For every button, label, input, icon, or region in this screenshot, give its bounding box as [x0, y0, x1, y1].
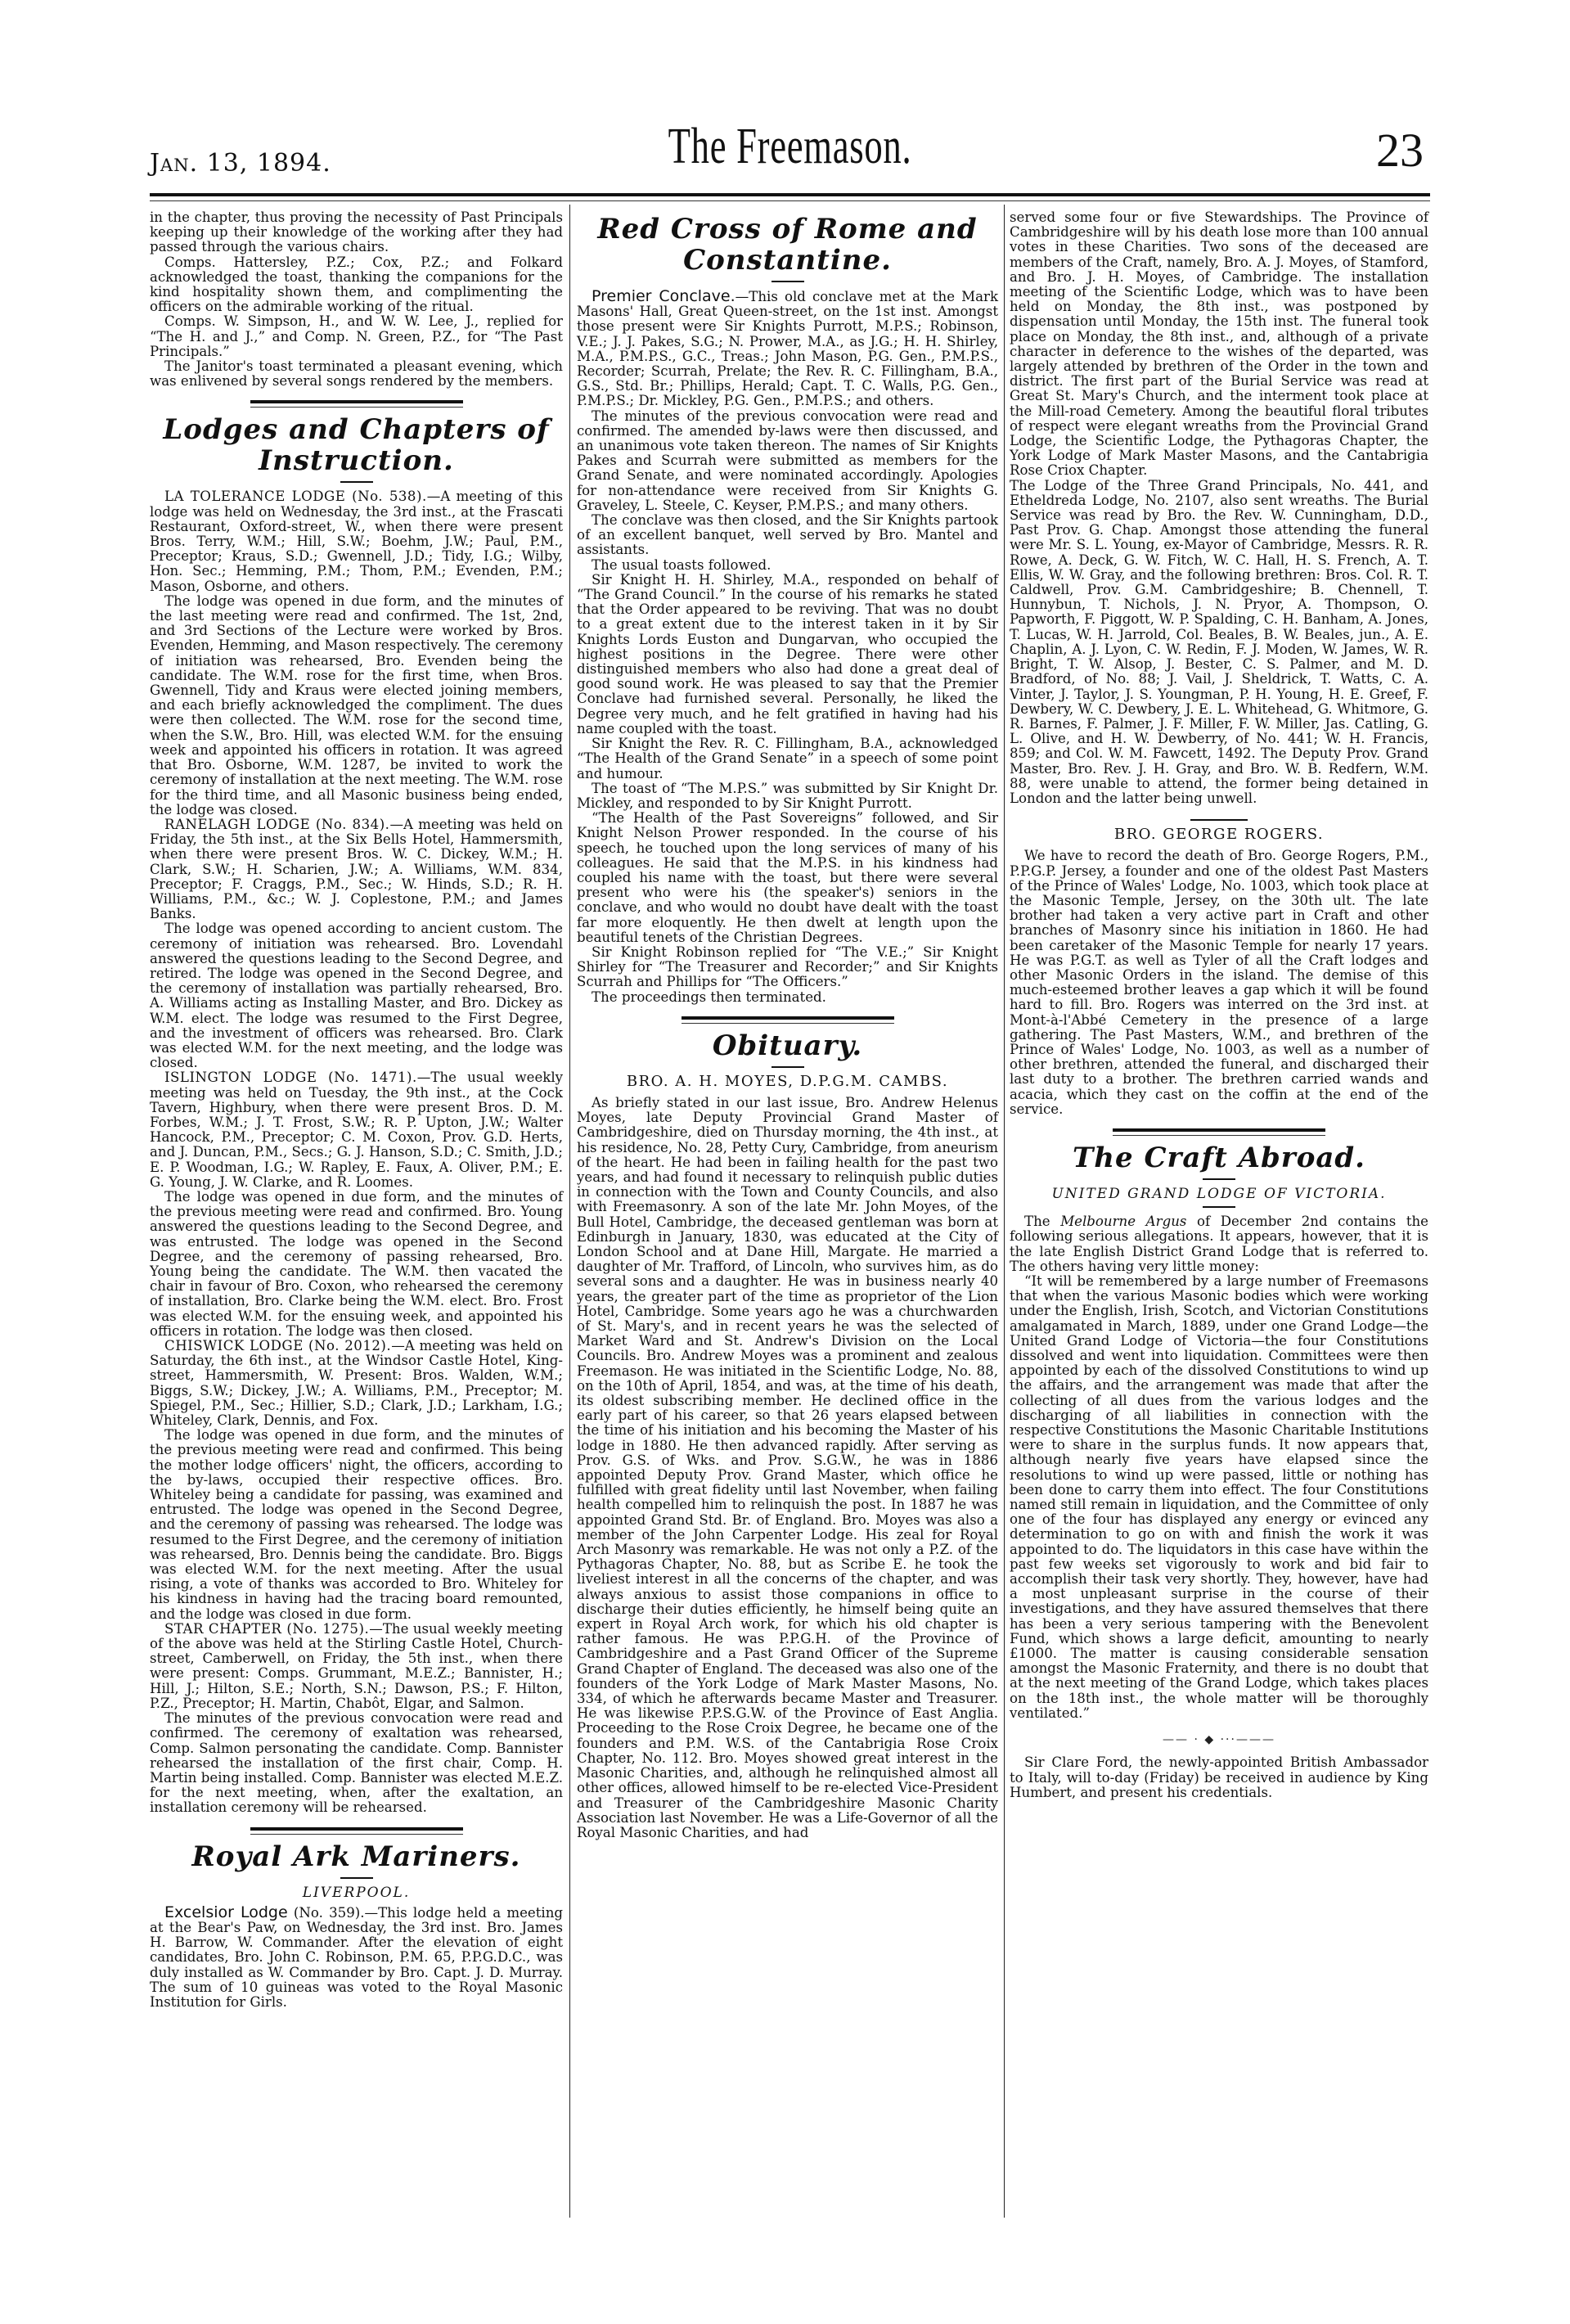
lodge-name: CHISWICK LODGE (No. 2012).	[164, 1338, 391, 1353]
column-divider-2	[1004, 205, 1005, 2218]
lodge-name: Excelsior Lodge	[164, 1903, 288, 1921]
paragraph: The conclave was then closed, and the Si…	[577, 513, 998, 558]
short-rule	[1203, 1178, 1235, 1180]
obituary-subhead-rogers: BRO. GEORGE ROGERS.	[1010, 827, 1428, 842]
paragraph: The lodge was opened according to ancien…	[150, 921, 563, 1070]
paragraph: The minutes of the previous convocation …	[150, 1711, 563, 1815]
paragraph: Comps. W. Simpson, H., and W. W. Lee, J.…	[150, 314, 563, 359]
article-star-chapter: STAR CHAPTER (No. 1275).—The usual weekl…	[150, 1622, 563, 1711]
quoted-paragraph: “It will be remembered by a large number…	[1010, 1274, 1428, 1721]
paragraph: The lodge was opened in due form, and th…	[150, 1190, 563, 1339]
paragraph: We have to record the death of Bro. Geor…	[1010, 849, 1428, 1117]
obituary-subhead-moyes: BRO. A. H. MOYES, D.P.G.M. CAMBS.	[577, 1074, 998, 1089]
column-1: in the chapter, thus proving the necessi…	[150, 210, 563, 2010]
paragraph: Sir Knight the Rev. R. C. Fillingham, B.…	[577, 736, 998, 781]
section-heading-red-cross: Red Cross of Rome and Constantine.	[577, 214, 998, 276]
paragraph: The lodge was opened in due form, and th…	[150, 594, 563, 817]
masthead: Jan. 13, 1894. The Freemason. 23	[150, 106, 1430, 196]
short-rule	[1190, 819, 1248, 821]
continued-paragraph: in the chapter, thus proving the necessi…	[150, 210, 563, 255]
conclave-name: Premier Conclave.	[592, 287, 736, 305]
column-2: Red Cross of Rome and Constantine. Premi…	[577, 210, 998, 1840]
masthead-rule-thin	[150, 200, 1430, 201]
column-divider-1	[569, 205, 570, 2218]
newspaper-name: Melbourne Argus	[1060, 1214, 1186, 1229]
paragraph: As briefly stated in our last issue, Bro…	[577, 1096, 998, 1840]
lodge-name: ISLINGTON LODGE (No. 1471).	[164, 1070, 417, 1085]
article-excelsior: Excelsior Lodge (No. 359).—This lodge he…	[150, 1905, 563, 2010]
short-rule	[772, 1066, 804, 1068]
craft-subhead: UNITED GRAND LODGE OF VICTORIA.	[1010, 1187, 1428, 1201]
paragraph: Sir Knight H. H. Shirley, M.A., responde…	[577, 573, 998, 736]
section-rule	[250, 400, 463, 408]
article-chiswick: CHISWICK LODGE (No. 2012).—A meeting was…	[150, 1339, 563, 1428]
paragraph: Sir Knight Robinson replied for “The V.E…	[577, 945, 998, 990]
article-premier-conclave: Premier Conclave.—This old conclave met …	[577, 289, 998, 409]
paragraph: Sir Clare Ford, the newly-appointed Brit…	[1010, 1755, 1428, 1800]
paragraph: The toast of “The M.P.S.” was submitted …	[577, 781, 998, 811]
location-subhead: LIVERPOOL.	[150, 1885, 563, 1900]
continued-paragraph: served some four or five Stewardships. T…	[1010, 210, 1428, 479]
section-heading-obituary: Obituary.	[577, 1030, 998, 1061]
paragraph: The Lodge of the Three Grand Principals,…	[1010, 479, 1428, 806]
column-3: served some four or five Stewardships. T…	[1010, 210, 1428, 1800]
paragraph: The proceedings then terminated.	[577, 990, 998, 1005]
section-rule	[1113, 1128, 1325, 1136]
short-rule	[340, 481, 373, 483]
paragraph: The minutes of the previous convocation …	[577, 409, 998, 513]
section-heading-craft-abroad: The Craft Abroad.	[1010, 1142, 1428, 1173]
paragraph: The Melbourne Argus of December 2nd cont…	[1010, 1214, 1428, 1274]
article-ranelagh: RANELAGH LODGE (No. 834).—A meeting was …	[150, 817, 563, 921]
lodge-name: LA TOLERANCE LODGE (No. 538).	[164, 489, 427, 504]
paragraph: Comps. Hattersley, P.Z.; Cox, P.Z.; and …	[150, 255, 563, 315]
paragraph: “The Health of the Past Sovereigns” foll…	[577, 811, 998, 945]
lodge-name: RANELAGH LODGE (No. 834).	[164, 817, 389, 832]
article-islington: ISLINGTON LODGE (No. 1471).—The usual we…	[150, 1070, 563, 1190]
article-la-tolerance: LA TOLERANCE LODGE (No. 538).—A meeting …	[150, 489, 563, 593]
chapter-name: STAR CHAPTER (No. 1275).	[164, 1621, 369, 1637]
section-heading-lodges: Lodges and Chapters of Instruction.	[150, 414, 563, 476]
issue-date: Jan. 13, 1894.	[150, 149, 331, 178]
short-rule	[340, 1877, 373, 1879]
section-heading-royal-ark: Royal Ark Mariners.	[150, 1841, 563, 1872]
short-rule	[1203, 1206, 1235, 1208]
page-number: 23	[1376, 123, 1424, 178]
masthead-rule-thick	[150, 193, 1430, 196]
section-rule	[682, 1016, 894, 1024]
short-rule	[772, 281, 804, 282]
section-rule	[250, 1827, 463, 1835]
paragraph: The lodge was opened in due form, and th…	[150, 1428, 563, 1622]
ornamental-divider: —— · ◆ ···———	[1010, 1732, 1428, 1747]
publication-title: The Freemason.	[329, 118, 1251, 176]
paragraph: The Janitor's toast terminated a pleasan…	[150, 359, 563, 389]
paragraph: The usual toasts followed.	[577, 558, 998, 573]
